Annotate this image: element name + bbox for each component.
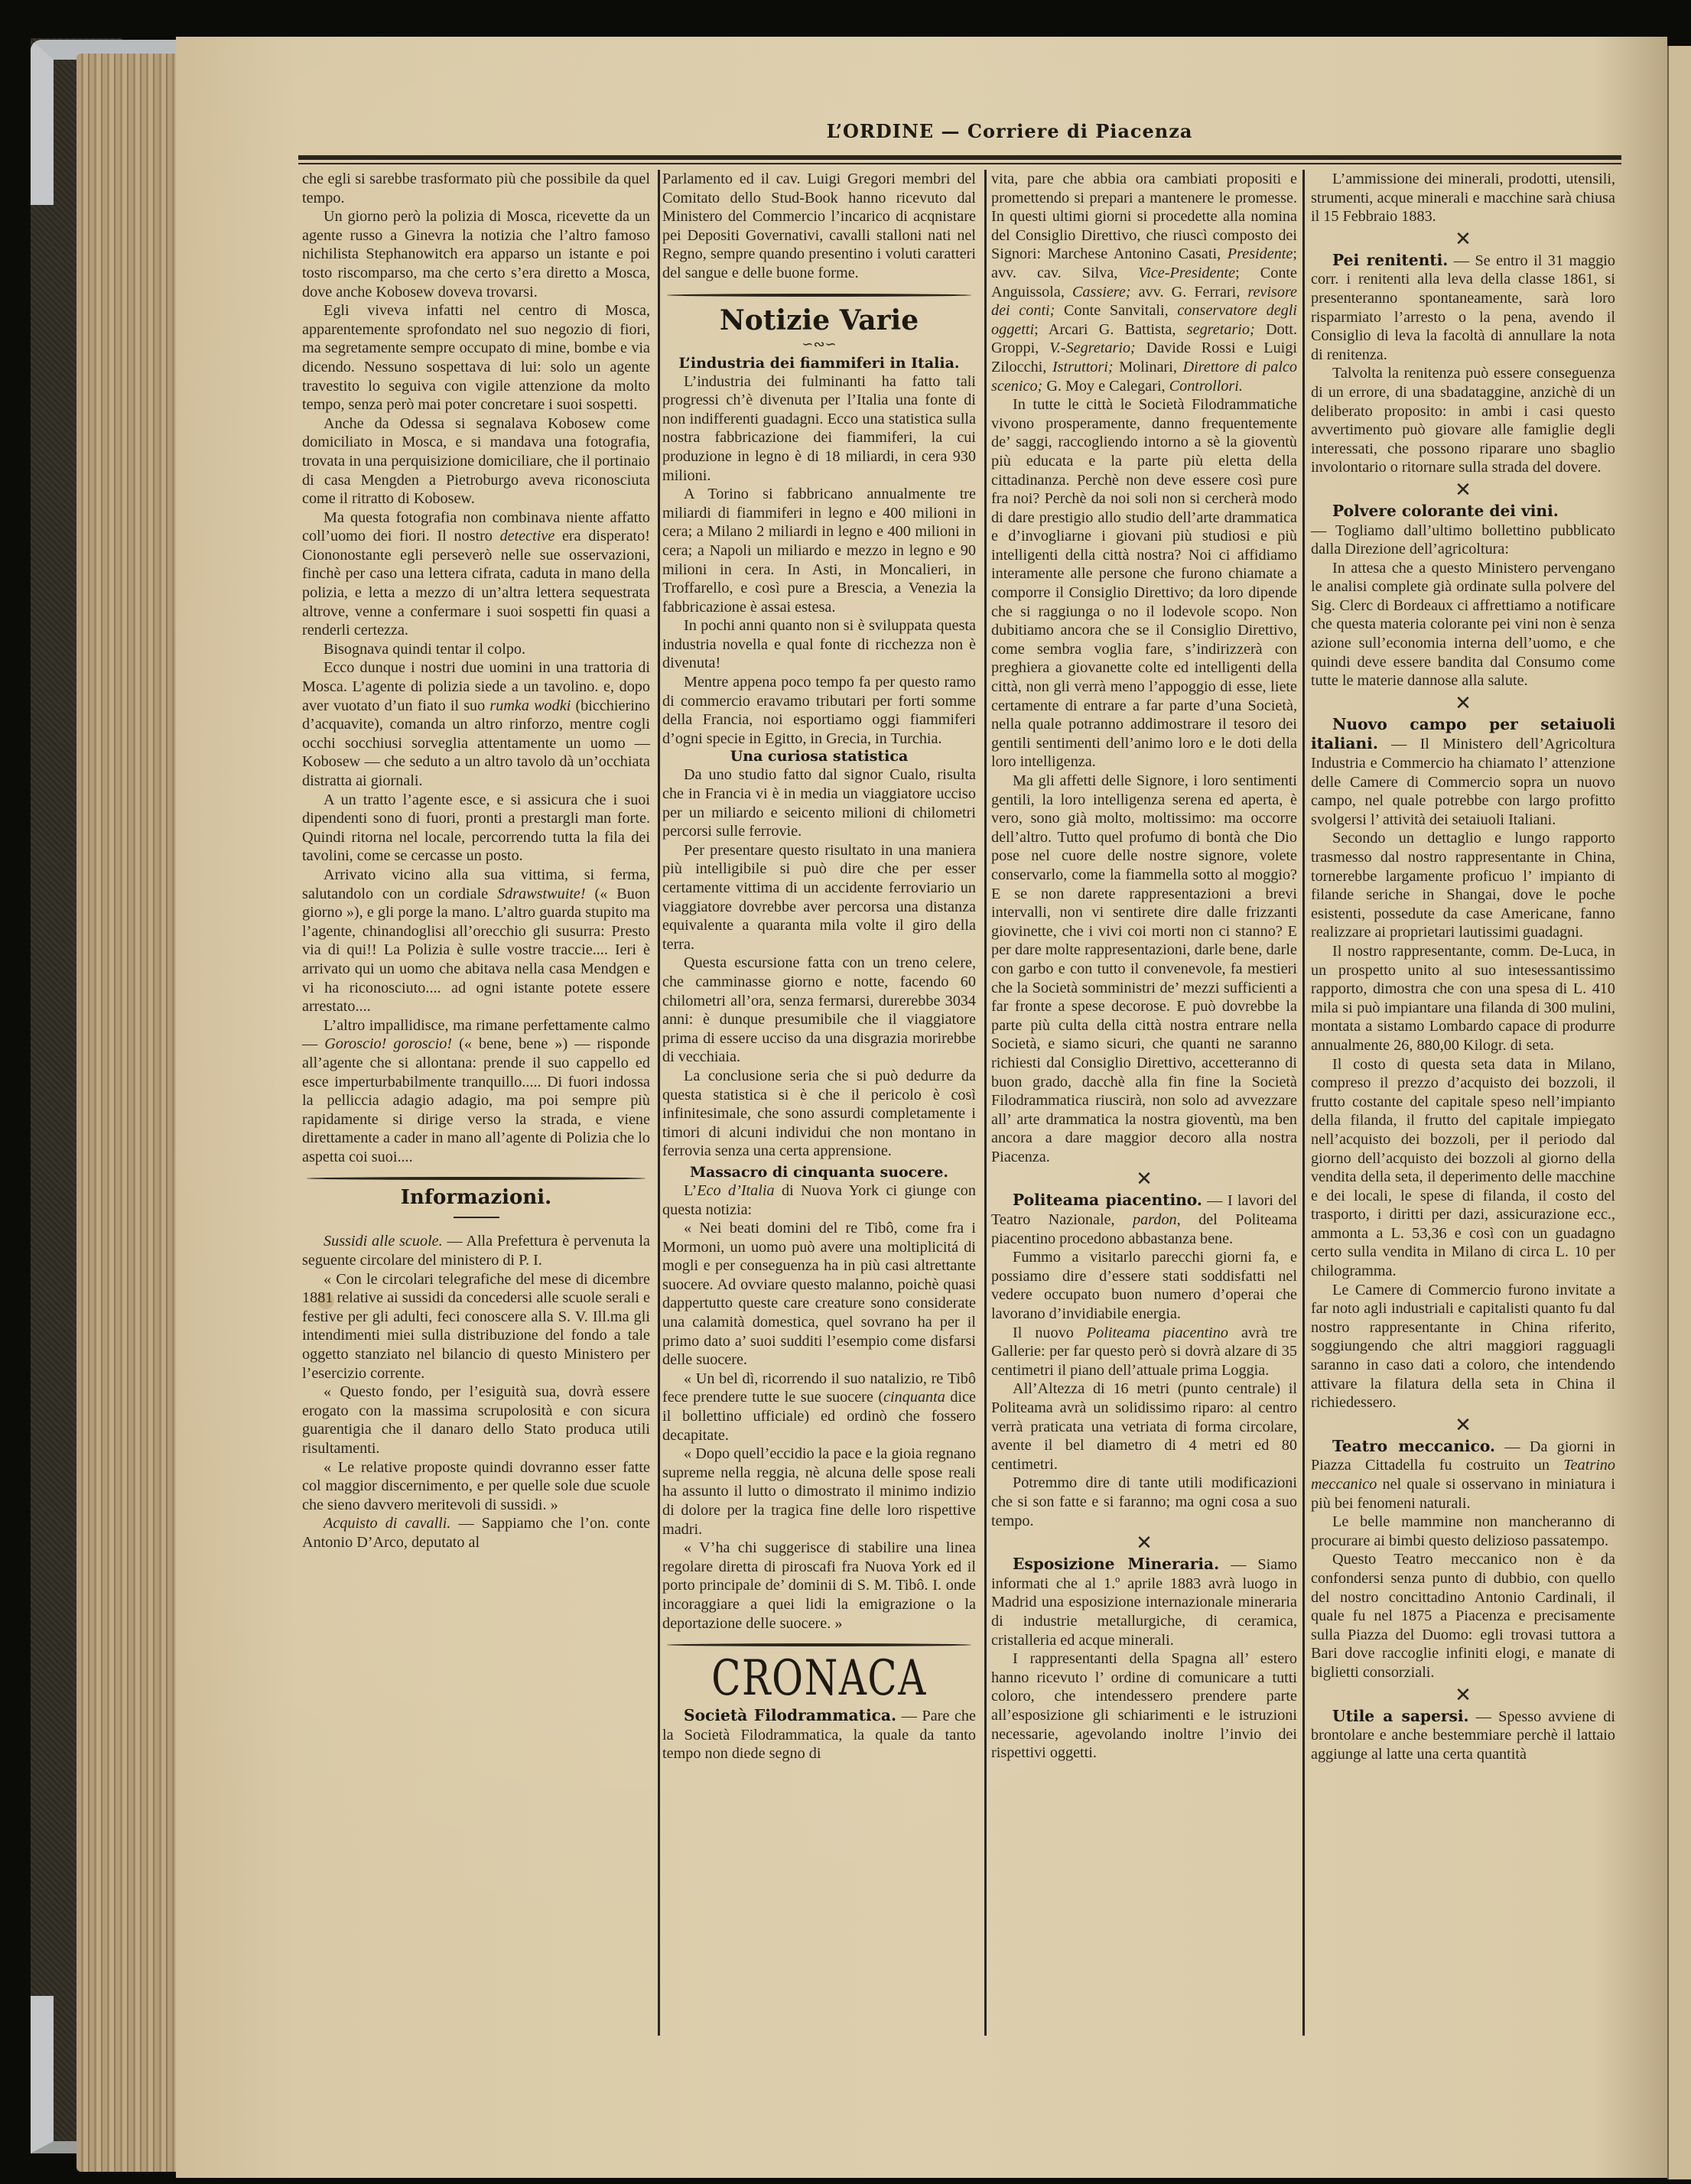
news-item: Nuovo campo per setaiuoli italiani. — Il…	[1311, 715, 1615, 830]
paragraph: Da uno studio fatto dal signor Cualo, ri…	[662, 765, 976, 840]
paragraph: Mentre appena poco tempo fa per questo r…	[662, 673, 976, 748]
paragraph: Bisognava quindi tentar il colpo.	[302, 640, 650, 659]
short-rule	[454, 1217, 499, 1218]
paragraph: Egli viveva infatti nel centro di Mosca,…	[302, 301, 650, 414]
paragraph: In tutte le città le Società Filodrammat…	[991, 395, 1297, 772]
article-title: Massacro di cinquanta suocere.	[662, 1164, 976, 1181]
news-item: Società Filodrammatica. — Pare che la So…	[662, 1706, 976, 1763]
news-item: Politeama piacentino. — I lavori del Tea…	[991, 1191, 1297, 1248]
paragraph: L’ammissione dei minerali, prodotti, ute…	[1311, 170, 1615, 226]
separator-x-icon: ✕	[991, 1533, 1297, 1553]
paragraph: L’altro impallidisce, ma rimane perfetta…	[302, 1016, 650, 1167]
news-item: Teatro meccanico. — Da giorni in Piazza …	[1311, 1437, 1615, 1513]
paragraph: A Torino si fabbricano annualmente tre m…	[662, 485, 976, 616]
paragraph: A un tratto l’agente esce, e si assicura…	[302, 791, 650, 866]
article-title: Una curiosa statistica	[662, 748, 976, 765]
paragraph: Secondo un dettaglio e lungo rapporto tr…	[1311, 829, 1615, 942]
paragraph: Anche da Odessa si segnalava Kobosew com…	[302, 414, 650, 509]
paragraph: Il nostro rappresentante, comm. De-Luca,…	[1311, 942, 1615, 1055]
paragraph: — Togliamo dall’ultimo bollettino pubbli…	[1311, 522, 1615, 559]
paragraph: « Questo fondo, per l’esiguità sua, dovr…	[302, 1383, 650, 1458]
paragraph: Le belle mammine non mancheranno di proc…	[1311, 1513, 1615, 1550]
column-4: L’ammissione dei minerali, prodotti, ute…	[1311, 170, 1615, 1763]
paragraph: « Nei beati domini del re Tibô, come fra…	[662, 1219, 976, 1370]
ornamental-divider	[307, 1177, 646, 1180]
column-2: Parlamento ed il cav. Luigi Gregori memb…	[662, 170, 976, 1763]
news-item: Acquisto di cavalli. — Sappiamo che l’on…	[302, 1514, 650, 1552]
column-1: che egli si sarebbe trasformato più che …	[302, 170, 650, 1552]
paragraph: « Con le circolari telegrafiche del mese…	[302, 1270, 650, 1383]
paragraph: Le Camere di Commercio furono invitate a…	[1311, 1281, 1615, 1412]
separator-x-icon: ✕	[1311, 1415, 1615, 1435]
ornamental-divider	[667, 294, 971, 297]
paragraph: Il nuovo Politeama piacentino avrà tre G…	[991, 1324, 1297, 1380]
paragraph: I rappresentanti della Spagna all’ ester…	[991, 1649, 1297, 1763]
paragraph: vita, pare che abbia ora cambiati propos…	[991, 170, 1297, 395]
paragraph: Parlamento ed il cav. Luigi Gregori memb…	[662, 170, 976, 283]
section-title-informazioni: Informazioni.	[302, 1185, 650, 1211]
column-rule-1	[658, 170, 660, 2036]
adjacent-page-edge	[1667, 46, 1691, 2179]
paragraph: Ma questa fotografia non combinava nient…	[302, 509, 650, 640]
paragraph: Un giorno però la polizia di Mosca, rice…	[302, 207, 650, 301]
paragraph: Per presentare questo risultato in una m…	[662, 841, 976, 954]
masthead: L’ORDINE — Corriere di Piacenza	[780, 120, 1239, 142]
page-edges	[76, 54, 180, 2172]
paragraph: Questo Teatro meccanico non è da confond…	[1311, 1550, 1615, 1682]
paragraph: « Un bel dì, ricorrendo il suo natalizio…	[662, 1370, 976, 1445]
paragraph: Il costo di questa seta data in Milano, …	[1311, 1055, 1615, 1281]
paragraph: Talvolta la renitenza può essere consegu…	[1311, 364, 1615, 477]
paragraph: La conclusione seria che si può dedurre …	[662, 1067, 976, 1161]
separator-x-icon: ✕	[1311, 1685, 1615, 1705]
separator-x-icon: ✕	[1311, 694, 1615, 713]
column-3: vita, pare che abbia ora cambiati propos…	[991, 170, 1297, 1763]
paragraph: Ecco dunque i nostri due uomini in una t…	[302, 658, 650, 790]
paragraph: « Dopo quell’eccidio la pace e la gioia …	[662, 1445, 976, 1539]
paragraph: Ma gli affetti delle Signore, i loro sen…	[991, 772, 1297, 1166]
paragraph: All’Altezza di 16 metri (punto centrale)…	[991, 1380, 1297, 1474]
article-title: L’industria dei fiammiferi in Italia.	[662, 355, 976, 372]
paragraph: Questa escursione fatta con un treno cel…	[662, 954, 976, 1067]
news-item: Esposizione Mineraria. — Siamo informati…	[991, 1555, 1297, 1649]
paragraph: In pochi anni quanto non si è sviluppata…	[662, 616, 976, 673]
header-rule	[298, 155, 1621, 160]
column-rule-3	[1302, 170, 1305, 2036]
section-title-notizie-varie: Notizie Varie	[662, 303, 976, 338]
separator-x-icon: ✕	[1311, 480, 1615, 500]
news-item: Sussidi alle scuole. — Alla Prefettura è…	[302, 1232, 650, 1269]
paragraph: Arrivato vicino alla sua vittima, si fer…	[302, 866, 650, 1016]
section-title-cronaca: CRONACA	[697, 1651, 941, 1706]
paragraph: In attesa che a questo Ministero perveng…	[1311, 559, 1615, 691]
news-item: Pei renitenti. — Se entro il 31 maggio c…	[1311, 251, 1615, 365]
column-rule-2	[984, 170, 987, 2036]
swash-ornament: ∽∾∽	[662, 338, 976, 350]
separator-x-icon: ✕	[991, 1169, 1297, 1189]
separator-x-icon: ✕	[1311, 229, 1615, 249]
paragraph: Fummo a visitarlo parecchi giorni fa, e …	[991, 1248, 1297, 1323]
paragraph: che egli si sarebbe trasformato più che …	[302, 170, 650, 207]
paragraph: « Le relative proposte quindi dovranno e…	[302, 1458, 650, 1515]
ornamental-divider	[667, 1643, 971, 1646]
paragraph: L’Eco d’Italia di Nuova York ci giunge c…	[662, 1181, 976, 1219]
header-rule-thin	[298, 163, 1621, 164]
paragraph: « V’ha chi suggerisce di stabilire una l…	[662, 1539, 976, 1633]
news-item: Polvere colorante dei vini.	[1311, 502, 1615, 522]
news-item: Utile a sapersi. — Spesso avviene di bro…	[1311, 1707, 1615, 1764]
paragraph: Potremmo dire di tante utili modificazio…	[991, 1474, 1297, 1530]
paragraph: L’industria dei fulminanti ha fatto tali…	[662, 372, 976, 486]
